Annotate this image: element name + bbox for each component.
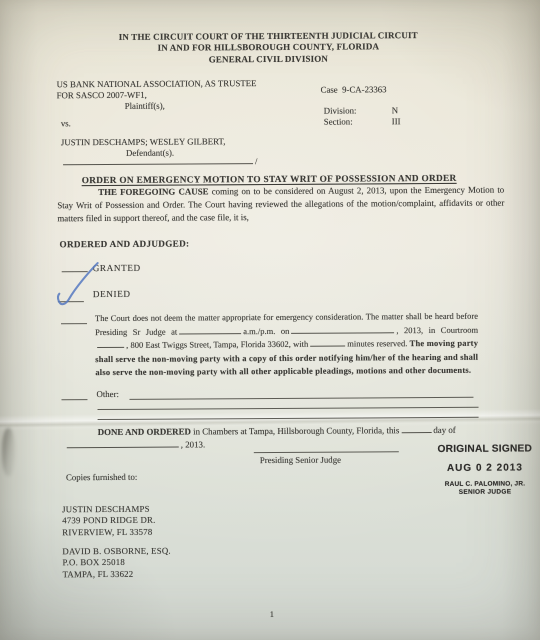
stamp-original-signed: ORIGINAL SIGNED	[421, 443, 540, 455]
hearing-seg5: minutes reserved.	[347, 338, 407, 348]
hearing-seg2: a.m./p.m. on	[243, 325, 289, 335]
other-check-blank	[61, 391, 87, 400]
section-value: III	[392, 116, 401, 126]
intro-paragraph: THE FOREGOING CAUSE coming on to be cons…	[57, 184, 504, 225]
other-label: Other:	[96, 389, 119, 399]
plaintiff-role: Plaintiff(s),	[125, 101, 165, 111]
section-label: Section:	[324, 116, 353, 126]
time-blank	[179, 326, 241, 334]
date-blank	[291, 325, 394, 334]
judge-signature-line	[254, 443, 399, 453]
plaintiff-name-line1: US BANK NATIONAL ASSOCIATION, AS TRUSTEE	[57, 78, 257, 89]
done-ordered-body: in Chambers at Tampa, Hillsborough Count…	[191, 425, 399, 436]
versus-label: vs.	[61, 118, 71, 128]
done-day-of: day of	[433, 425, 455, 435]
document-photo: IN THE CIRCUIT COURT OF THE THIRTEENTH J…	[0, 0, 540, 640]
division-label: Division:	[324, 105, 357, 115]
plaintiff-name-line2: FOR SASCO 2007-WF1,	[57, 90, 147, 101]
court-header: IN THE CIRCUIT COURT OF THE THIRTEENTH J…	[0, 29, 538, 66]
judge-signature-label: Presiding Senior Judge	[260, 455, 341, 465]
caption-divider-line	[63, 156, 253, 165]
done-ordered-line2: , 2013.	[65, 439, 205, 450]
stamp-judge-title: SENIOR JUDGE	[421, 488, 540, 497]
intro-lead: THE FOREGOING CAUSE	[98, 186, 208, 197]
hearing-seg3: , 2013, in Courtroom	[396, 324, 478, 334]
court-order-document: IN THE CIRCUIT COURT OF THE THIRTEENTH J…	[0, 0, 540, 640]
recipient-2-street: P.O. BOX 25018	[62, 557, 170, 569]
hearing-seg4: , 800 East Twiggs Street, Tampa, Florida…	[126, 339, 308, 350]
copies-furnished-label: Copies furnished to:	[66, 472, 137, 482]
done-ordered-lead: DONE AND ORDERED	[98, 426, 191, 437]
stamp-date: AUG 0 2 2013	[421, 462, 540, 474]
division-value: N	[392, 105, 398, 115]
done-year: , 2013.	[181, 439, 205, 449]
courtroom-blank	[97, 340, 124, 348]
adjudged-heading: ORDERED AND ADJUDGED:	[60, 238, 190, 249]
page-number: 1	[2, 607, 540, 620]
recipient-address-2: DAVID B. OSBORNE, ESQ. P.O. BOX 25018 TA…	[62, 546, 171, 581]
other-blank-line-3	[98, 409, 479, 420]
court-header-line3: GENERAL CIVIL DIVISION	[0, 52, 538, 67]
recipient-2-city: TAMPA, FL 33622	[63, 568, 171, 580]
case-number: Case 9-CA-23363	[321, 84, 387, 94]
recipient-address-1: JUSTIN DESCHAMPS 4739 POND RIDGE DR. RIV…	[62, 504, 155, 539]
minutes-blank	[310, 339, 345, 347]
hearing-blank-line	[61, 315, 87, 324]
original-signed-stamp: ORIGINAL SIGNED AUG 0 2 2013 RAUL C. PAL…	[421, 443, 540, 497]
recipient-1-city: RIVERVIEW, FL 33578	[62, 527, 155, 539]
defendant-names: JUSTIN DESCHAMPS; WESLEY GILBERT,	[61, 136, 226, 147]
hearing-paragraph: The Court does not deem the matter appro…	[95, 310, 478, 380]
done-ordered-line: DONE AND ORDERED in Chambers at Tampa, H…	[98, 424, 518, 437]
day-blank	[401, 425, 431, 433]
recipient-2-name: DAVID B. OSBORNE, ESQ.	[62, 546, 170, 558]
caption-divider: /	[61, 156, 258, 167]
denied-checkmark-icon	[50, 256, 110, 312]
caption-divider-slash: /	[255, 156, 258, 166]
recipient-1-street: 4739 POND RIDGE DR.	[62, 515, 155, 527]
denied-checkmark-stroke	[58, 263, 98, 304]
recipient-1-name: JUSTIN DESCHAMPS	[62, 504, 155, 516]
month-blank	[67, 440, 179, 449]
